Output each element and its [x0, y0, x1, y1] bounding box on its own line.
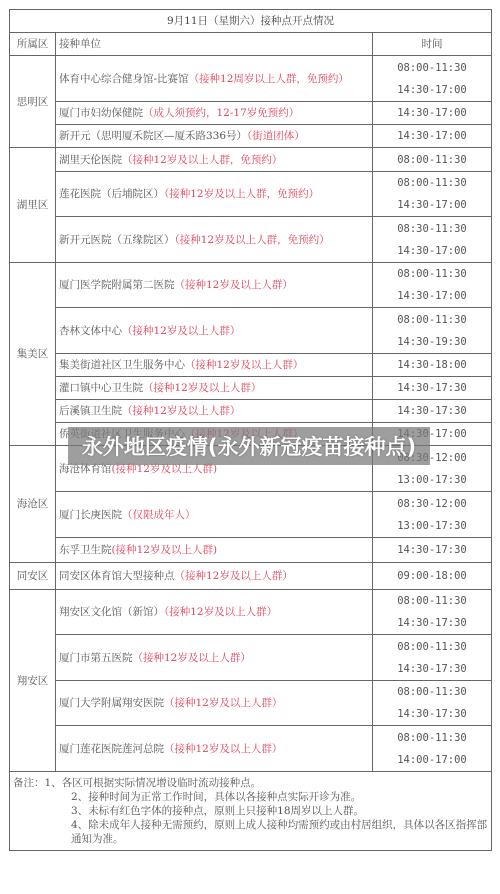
- header-district: 所属区: [10, 33, 56, 56]
- site-eligibility-note: （接种12岁及以上人群）: [122, 325, 240, 337]
- site-name: 体育中心综合健身馆-比赛馆: [59, 73, 189, 85]
- time-slot: 14:30-17:30: [373, 707, 491, 721]
- site-name: 杏林文体中心: [59, 325, 122, 337]
- site-name: 湖里天伦医院: [59, 154, 122, 166]
- time-slot: 14:30-18:00: [373, 358, 491, 372]
- site-name: 同安区体育馆大型接种点: [59, 570, 175, 582]
- site-cell: 体育中心综合健身馆-比赛馆（接种12周岁以上人群，免预约）: [56, 56, 373, 102]
- site-eligibility-note: （仅限成年人）: [122, 509, 196, 521]
- time-cell: 14:30-17:00: [373, 125, 492, 148]
- time-cell: 08:00-11:3014:30-17:30: [373, 635, 492, 681]
- site-eligibility-note: （接种12岁及以上人群，免预约）: [122, 154, 282, 166]
- site-name: 东孚卫生院: [59, 544, 112, 556]
- site-cell: 杏林文体中心（接种12岁及以上人群）: [56, 308, 373, 354]
- site-cell: 厦门市妇幼保健院（成人须预约，12-17岁免预约）: [56, 102, 373, 125]
- time-slot: 08:00-11:30: [373, 640, 491, 654]
- site-eligibility-note: （接种12岁及以上人群）: [175, 570, 293, 582]
- time-cell: 08:30-11:3014:30-17:00: [373, 217, 492, 263]
- site-name: 厦门莲花医院莲河总院: [59, 743, 164, 755]
- time-slot: 14:30-17:00: [373, 106, 491, 120]
- time-slot: 14:30-17:30: [373, 616, 491, 630]
- table-row: 厦门大学附属翔安医院（接种12岁及以上人群）08:00-11:3014:30-1…: [10, 681, 492, 726]
- site-cell: 厦门长庚医院（仅限成年人）: [56, 492, 373, 538]
- site-eligibility-note: （接种12岁及以上人群）: [164, 697, 282, 709]
- time-cell: 08:00-11:3014:30-17:30: [373, 590, 492, 635]
- time-slot: 14:30-19:30: [373, 335, 491, 349]
- site-name: 新开元医院（五缘院区）: [59, 234, 175, 246]
- table-row: 厦门莲花医院莲河总院（接种12岁及以上人群）08:00-11:3014:00-1…: [10, 726, 492, 772]
- site-cell: 东孚卫生院(接种12岁及以上人群): [56, 538, 373, 563]
- time-slot: 08:00-11:30: [373, 731, 491, 745]
- table-row: 后溪镇卫生院（接种12岁及以上人群）14:30-17:30: [10, 400, 492, 423]
- time-cell: 14:30-17:30: [373, 377, 492, 400]
- site-name: 灌口镇中心卫生院: [59, 382, 143, 394]
- time-slot: 14:30-17:00: [373, 289, 491, 303]
- site-cell: 厦门医学院附属第二医院（接种12岁及以上人群）: [56, 263, 373, 308]
- time-cell: 14:30-17:30: [373, 538, 492, 563]
- header-time: 时间: [373, 33, 492, 56]
- time-cell: 14:30-17:30: [373, 400, 492, 423]
- time-slot: 14:30-17:00: [373, 83, 491, 97]
- note-line4: 4、除未成年人接种无需预约，原则上成人接种均需预约或由村居组织，具体以各区指挥部…: [13, 818, 488, 846]
- site-cell: 灌口镇中心卫生院（接种12岁及以上人群）: [56, 377, 373, 400]
- site-eligibility-note: （接种12岁及以上人群）: [133, 652, 251, 664]
- note-line1: 备注：1、各区可根据实际情况增设临时流动接种点。: [13, 776, 488, 790]
- site-name: 莲花医院（后埔院区）: [59, 188, 164, 200]
- site-eligibility-note: （接种12周岁以上人群，免预约）: [189, 73, 349, 85]
- time-slot: 14:30-17:30: [373, 404, 491, 418]
- time-slot: 13:00-17:30: [373, 473, 491, 487]
- site-cell: 厦门市第五医院（接种12岁及以上人群）: [56, 635, 373, 681]
- table-row: 湖里区湖里天伦医院（接种12岁及以上人群，免预约）08:00-11:30: [10, 148, 492, 172]
- time-slot: 14:30-17:00: [373, 129, 491, 143]
- table-row: 同安区同安区体育馆大型接种点（接种12岁及以上人群）09:00-18:00: [10, 563, 492, 590]
- time-slot: 08:00-11:30: [373, 61, 491, 75]
- time-cell: 14:30-18:00: [373, 354, 492, 377]
- site-name: 新开元（思明厦禾院区—厦禾路336号）: [59, 130, 247, 142]
- site-eligibility-note: （街道团体）: [247, 130, 305, 142]
- district-cell: 集美区: [10, 263, 56, 446]
- site-cell: 厦门莲花医院莲河总院（接种12岁及以上人群）: [56, 726, 373, 772]
- site-name: 厦门市第五医院: [59, 652, 133, 664]
- time-slot: 08:30-12:00: [373, 497, 491, 511]
- site-cell: 新开元（思明厦禾院区—厦禾路336号）（街道团体）: [56, 125, 373, 148]
- time-slot: 08:00-11:30: [373, 176, 491, 190]
- site-eligibility-note: （接种12岁及以上人群）: [175, 279, 293, 291]
- table-row: 莲花医院（后埔院区）（接种12岁及以上人群，免预约）08:00-11:3014:…: [10, 172, 492, 217]
- site-eligibility-note: (接种12岁及以上人群): [112, 544, 218, 556]
- table-row: 厦门长庚医院（仅限成年人）08:30-12:0013:00-17:30: [10, 492, 492, 538]
- time-slot: 08:00-11:30: [373, 267, 491, 281]
- site-name: 厦门医学院附属第二医院: [59, 279, 175, 291]
- table-row: 集美区厦门医学院附属第二医院（接种12岁及以上人群）08:00-11:3014:…: [10, 263, 492, 308]
- time-cell: 08:00-11:3014:30-17:00: [373, 172, 492, 217]
- time-cell: 09:00-18:00: [373, 563, 492, 590]
- table-row: 翔安区翔安区文化馆（新馆）（接种12岁及以上人群）08:00-11:3014:3…: [10, 590, 492, 635]
- time-slot: 14:00-17:00: [373, 753, 491, 767]
- site-cell: 后溪镇卫生院（接种12岁及以上人群）: [56, 400, 373, 423]
- notes-row: 备注：1、各区可根据实际情况增设临时流动接种点。2、接种时间为正常工作时间，具体…: [10, 772, 492, 851]
- time-slot: 08:00-11:30: [373, 153, 491, 167]
- table-row: 厦门市妇幼保健院（成人须预约，12-17岁免预约）14:30-17:00: [10, 102, 492, 125]
- site-eligibility-note: （接种12岁及以上人群，免预约）: [164, 188, 319, 200]
- district-cell: 同安区: [10, 563, 56, 590]
- time-slot: 14:30-17:30: [373, 662, 491, 676]
- site-eligibility-note: （成人须预约，12-17岁免预约）: [143, 107, 299, 119]
- site-cell: 新开元医院（五缘院区）（接种12岁及以上人群，免预约）: [56, 217, 373, 263]
- site-cell: 同安区体育馆大型接种点（接种12岁及以上人群）: [56, 563, 373, 590]
- table-row: 厦门市第五医院（接种12岁及以上人群）08:00-11:3014:30-17:3…: [10, 635, 492, 681]
- vaccination-schedule-page: 9月11日（星期六）接种点开点情况 所属区 接种单位 时间 思明区体育中心综合健…: [0, 0, 500, 894]
- header-unit: 接种单位: [56, 33, 373, 56]
- site-name: 厦门市妇幼保健院: [59, 107, 143, 119]
- time-slot: 08:00-11:30: [373, 313, 491, 327]
- district-cell: 翔安区: [10, 590, 56, 772]
- table-row: 新开元医院（五缘院区）（接种12岁及以上人群，免预约）08:30-11:3014…: [10, 217, 492, 263]
- time-cell: 08:00-11:3014:30-19:30: [373, 308, 492, 354]
- site-name: 后溪镇卫生院: [59, 405, 122, 417]
- site-eligibility-note: （接种12岁及以上人群）: [122, 405, 240, 417]
- site-name: 集美街道社区卫生服务中心: [59, 359, 185, 371]
- time-slot: 14:30-17:00: [373, 198, 491, 212]
- time-cell: 08:00-11:30: [373, 148, 492, 172]
- time-slot: 14:30-17:30: [373, 381, 491, 395]
- time-slot: 09:00-18:00: [373, 569, 491, 583]
- site-eligibility-note: （接种12岁及以上人群，免预约）: [175, 234, 330, 246]
- note-line3: 3、未标有红色字体的接种点，原则上只接种18周岁以上人群。: [13, 804, 488, 818]
- table-row: 东孚卫生院(接种12岁及以上人群)14:30-17:30: [10, 538, 492, 563]
- time-cell: 08:00-11:3014:30-17:00: [373, 263, 492, 308]
- site-cell: 厦门大学附属翔安医院（接种12岁及以上人群）: [56, 681, 373, 726]
- time-slot: 08:00-11:30: [373, 685, 491, 699]
- table-row: 思明区体育中心综合健身馆-比赛馆（接种12周岁以上人群，免预约）08:00-11…: [10, 56, 492, 102]
- site-cell: 湖里天伦医院（接种12岁及以上人群，免预约）: [56, 148, 373, 172]
- district-cell: 思明区: [10, 56, 56, 148]
- site-name: 厦门大学附属翔安医院: [59, 697, 164, 709]
- table-row: 杏林文体中心（接种12岁及以上人群）08:00-11:3014:30-19:30: [10, 308, 492, 354]
- site-eligibility-note: （接种12岁及以上人群）: [185, 359, 303, 371]
- site-eligibility-note: （接种12岁及以上人群）: [143, 382, 261, 394]
- notes-cell: 备注：1、各区可根据实际情况增设临时流动接种点。2、接种时间为正常工作时间，具体…: [10, 772, 492, 851]
- table-title: 9月11日（星期六）接种点开点情况: [10, 10, 492, 33]
- table-row: 灌口镇中心卫生院（接种12岁及以上人群）14:30-17:30: [10, 377, 492, 400]
- site-cell: 翔安区文化馆（新馆）（接种12岁及以上人群）: [56, 590, 373, 635]
- time-cell: 08:00-11:3014:00-17:00: [373, 726, 492, 772]
- time-cell: 08:00-11:3014:30-17:30: [373, 681, 492, 726]
- time-slot: 14:30-17:30: [373, 543, 491, 557]
- site-name: 翔安区文化馆（新馆）: [59, 606, 164, 618]
- site-cell: 莲花医院（后埔院区）（接种12岁及以上人群，免预约）: [56, 172, 373, 217]
- site-cell: 集美街道社区卫生服务中心（接种12岁及以上人群）: [56, 354, 373, 377]
- time-cell: 08:00-11:3014:30-17:00: [373, 56, 492, 102]
- table-row: 新开元（思明厦禾院区—厦禾路336号）（街道团体）14:30-17:00: [10, 125, 492, 148]
- time-slot: 13:00-17:30: [373, 519, 491, 533]
- site-name: 厦门长庚医院: [59, 509, 122, 521]
- overlay-caption-banner: 永外地区疫情(永外新冠疫苗接种点): [68, 427, 430, 465]
- time-slot: 14:30-17:00: [373, 244, 491, 258]
- site-eligibility-note: （接种12岁及以上人群）: [164, 606, 277, 618]
- time-slot: 08:30-11:30: [373, 222, 491, 236]
- district-cell: 湖里区: [10, 148, 56, 263]
- note-line2: 2、接种时间为正常工作时间，具体以各接种点实际开诊为准。: [13, 790, 488, 804]
- site-eligibility-note: （接种12岁及以上人群）: [164, 743, 282, 755]
- time-cell: 14:30-17:00: [373, 102, 492, 125]
- table-row: 集美街道社区卫生服务中心（接种12岁及以上人群）14:30-18:00: [10, 354, 492, 377]
- time-slot: 08:00-11:30: [373, 594, 491, 608]
- time-cell: 08:30-12:0013:00-17:30: [373, 492, 492, 538]
- district-cell: 海沧区: [10, 446, 56, 563]
